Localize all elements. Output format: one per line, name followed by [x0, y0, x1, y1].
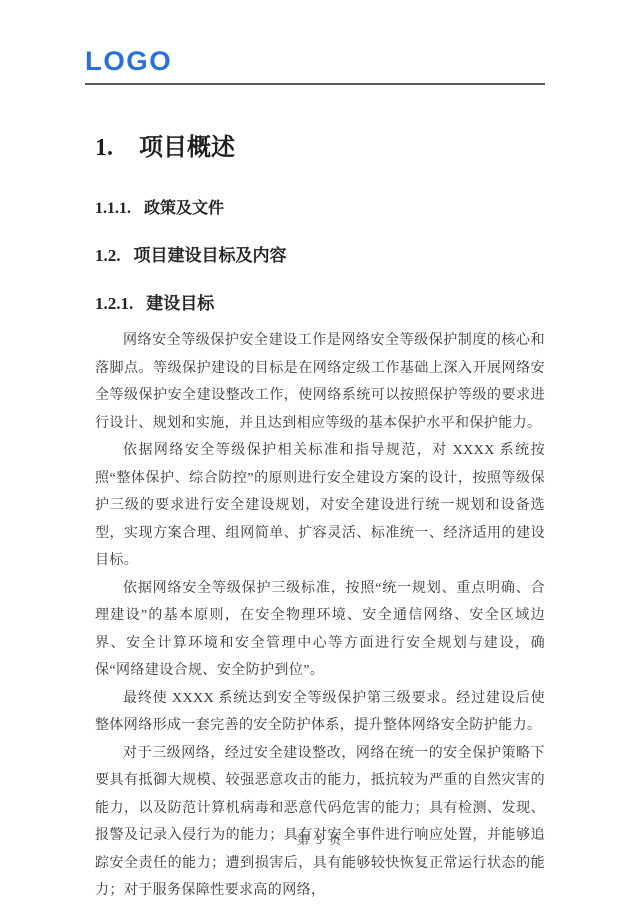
body-paragraph: 依据网络安全等级保护三级标准，按照“统一规划、重点明确、合理建设”的基本原则，在…: [95, 575, 545, 685]
heading-1-2: 1.2.项目建设目标及内容: [95, 247, 545, 264]
company-logo: LOGO: [85, 48, 172, 75]
body-paragraph: 最终使 XXXX 系统达到安全等级保护第三级要求。经过建设后使整体网络形成一套完…: [95, 685, 545, 740]
heading-1: 1.项目概述: [95, 136, 545, 160]
paragraph-block: 网络安全等级保护安全建设工作是网络安全等级保护制度的核心和落脚点。等级保护建设的…: [95, 327, 545, 905]
body-paragraph: 依据网络安全等级保护相关标准和指导规范，对 XXXX 系统按照“整体保护、综合防…: [95, 437, 545, 575]
header-divider: [85, 83, 545, 85]
document-page: LOGO 1.项目概述 1.1.1.政策及文件 1.2.项目建设目标及内容 1.…: [0, 0, 640, 906]
heading-1-2-1-title: 建设目标: [146, 294, 214, 313]
heading-1-title: 项目概述: [139, 135, 235, 161]
page-footer: 第 5 页: [0, 831, 640, 848]
heading-1-2-1-number: 1.2.1.: [95, 294, 133, 313]
page-header: LOGO: [85, 48, 545, 85]
heading-1-2-number: 1.2.: [95, 246, 121, 265]
heading-1-1-1: 1.1.1.政策及文件: [95, 201, 545, 217]
body-paragraph: 网络安全等级保护安全建设工作是网络安全等级保护制度的核心和落脚点。等级保护建设的…: [95, 327, 545, 437]
document-body: 1.项目概述 1.1.1.政策及文件 1.2.项目建设目标及内容 1.2.1.建…: [95, 136, 545, 905]
heading-1-2-1: 1.2.1.建设目标: [95, 295, 545, 312]
body-paragraph: 对于三级网络，经过安全建设整改，网络在统一的安全保护策略下要具有抵御大规模、较强…: [95, 740, 545, 905]
heading-1-1-1-title: 政策及文件: [144, 200, 224, 217]
heading-1-2-title: 项目建设目标及内容: [134, 246, 287, 265]
heading-1-1-1-number: 1.1.1.: [95, 200, 131, 217]
page-number: 第 5 页: [297, 833, 343, 847]
heading-1-number: 1.: [95, 135, 113, 161]
